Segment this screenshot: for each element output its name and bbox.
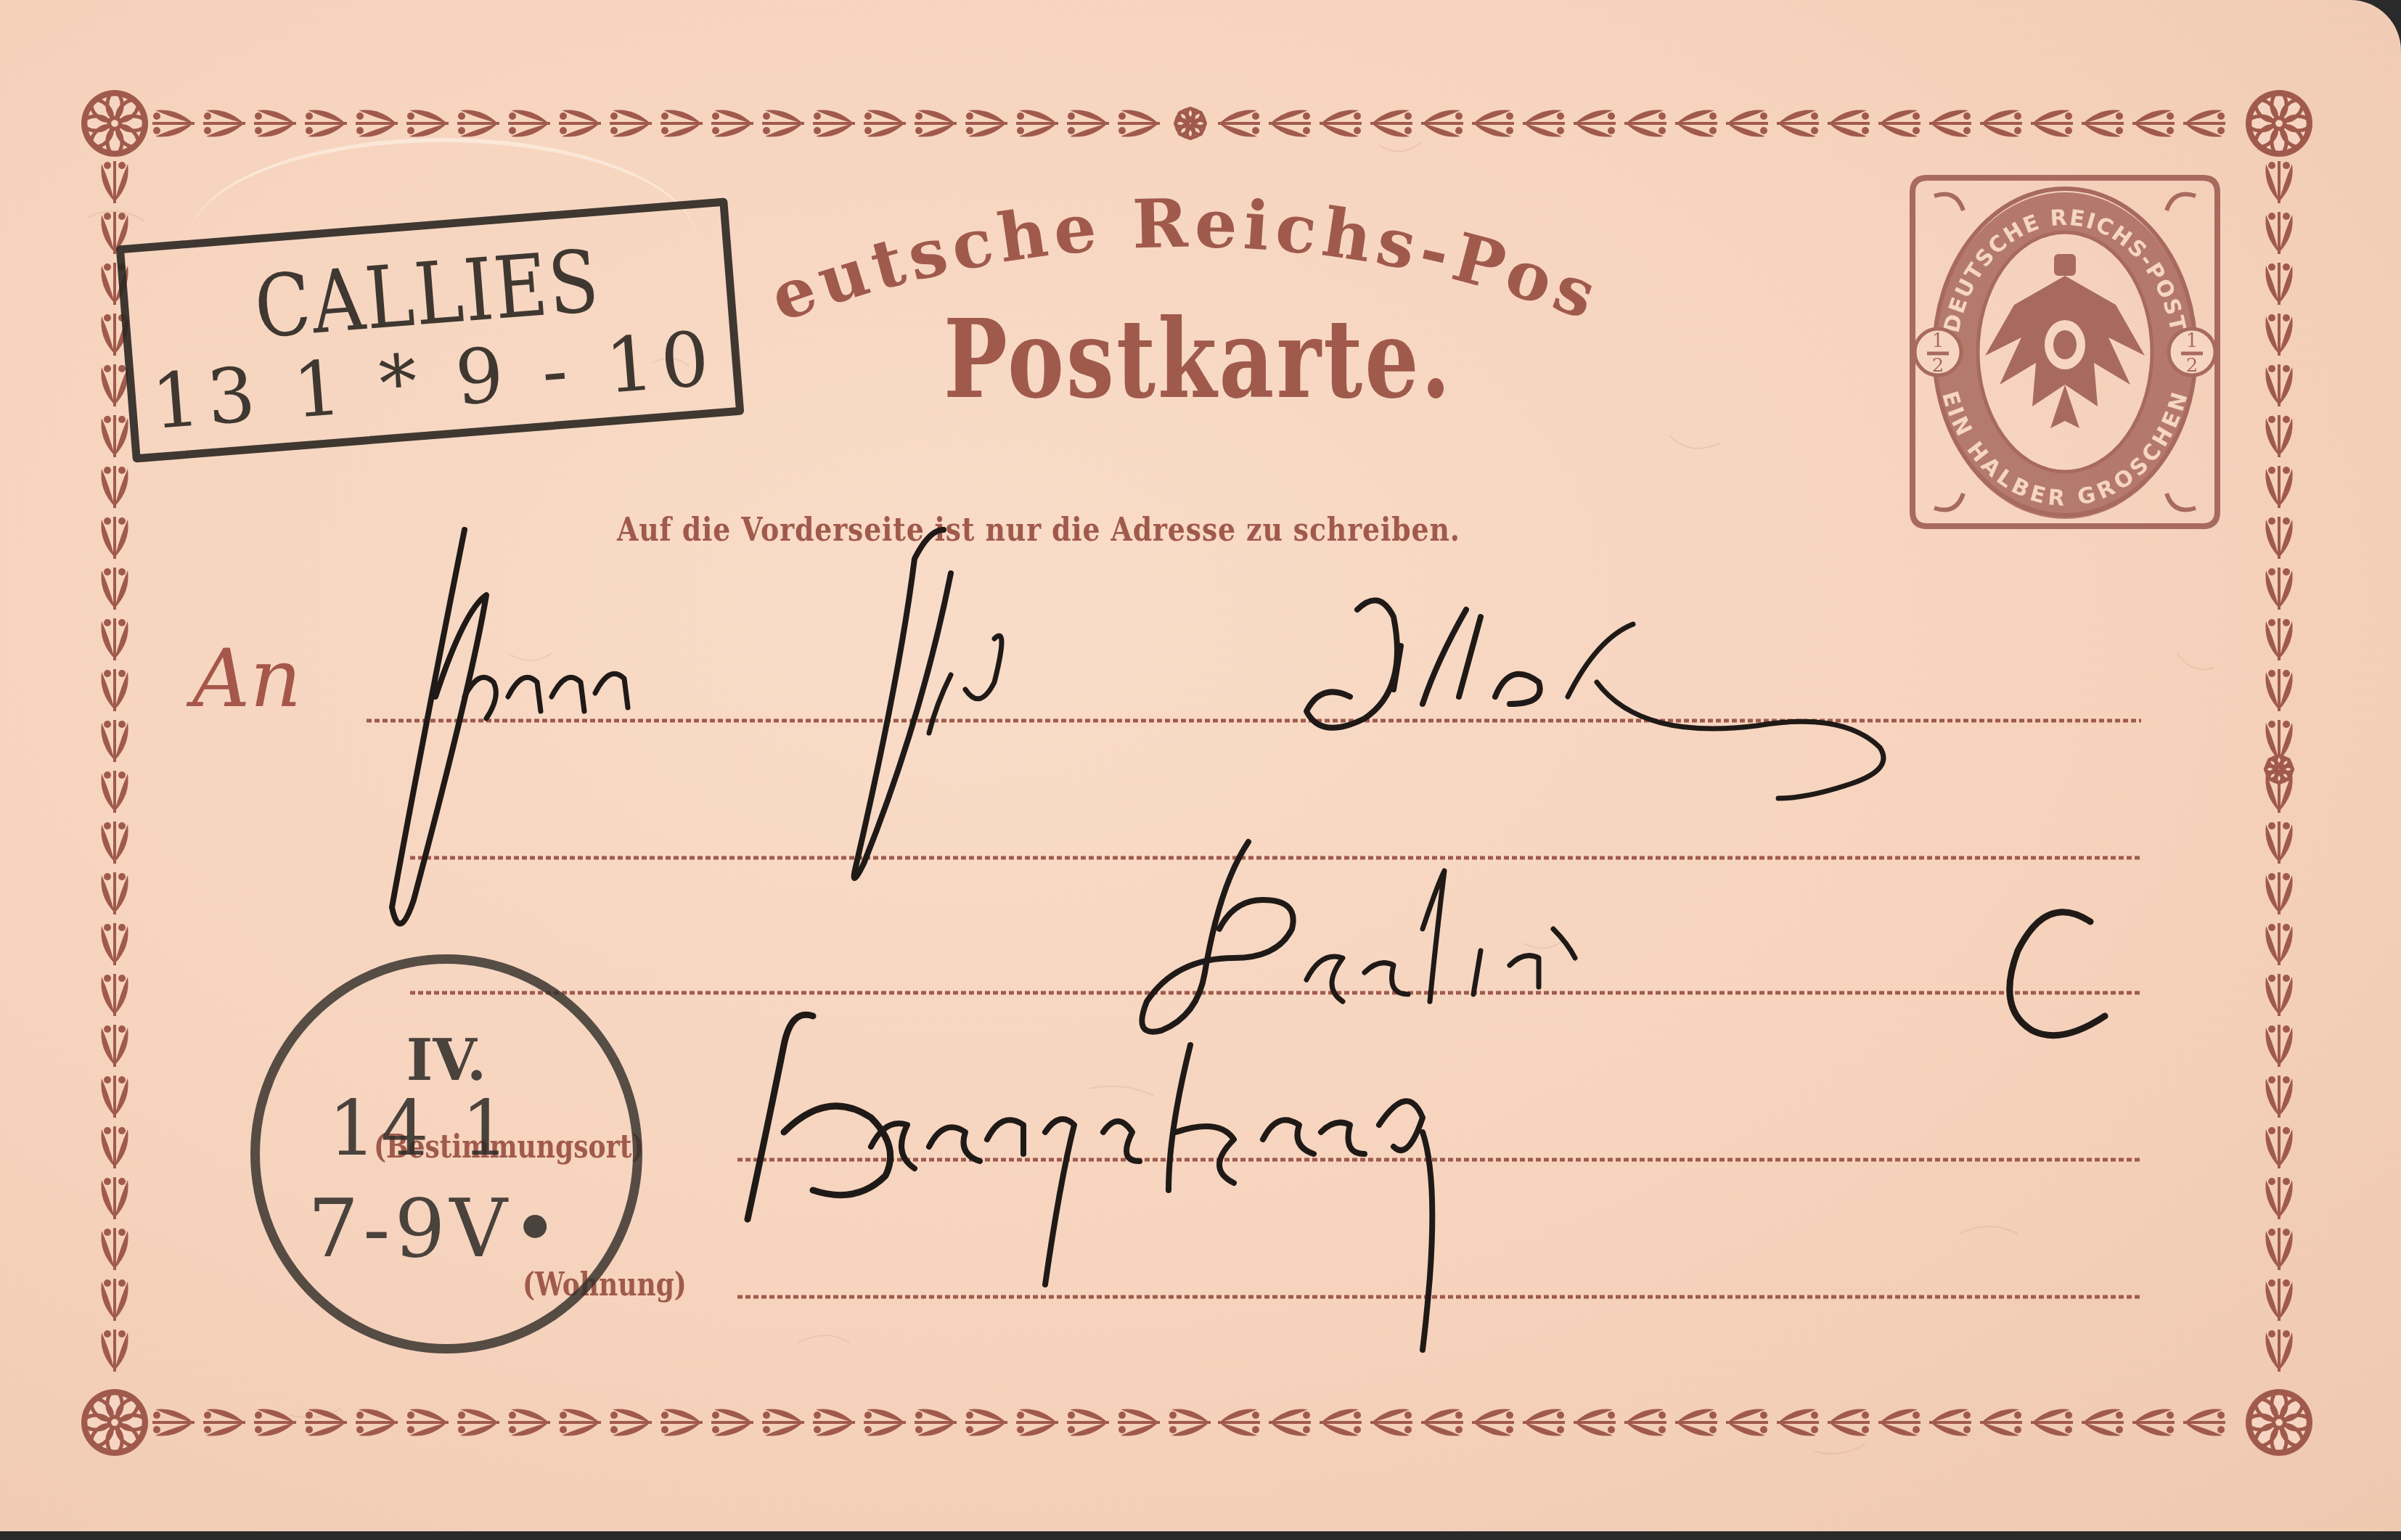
postmark-line-1: IV. bbox=[260, 1033, 633, 1089]
postmark-line-3: 7-9V• bbox=[238, 1189, 633, 1269]
postcard: CALLIES 13 1 * 9 - 10 Deutsche Reichs-Po… bbox=[0, 0, 2401, 1531]
arrival-postmark: IV. 14 1 7-9V• bbox=[250, 954, 642, 1353]
postmark-line-2: 14 1 bbox=[209, 1091, 633, 1166]
